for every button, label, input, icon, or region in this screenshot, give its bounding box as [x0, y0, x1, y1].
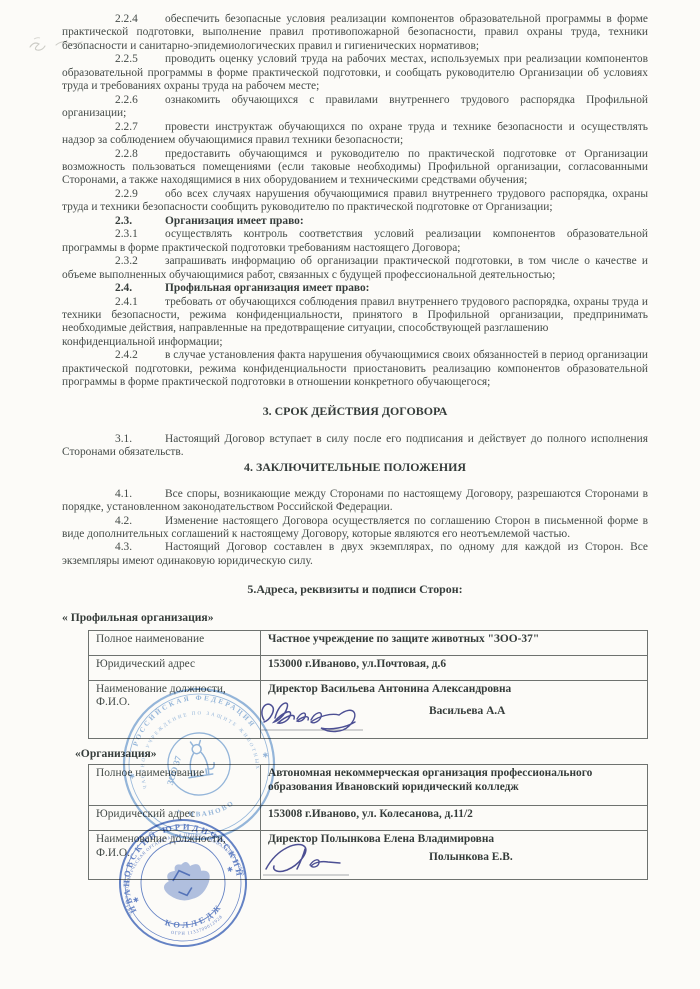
clause-2-3-heading: 2.3.Организация имеет право: — [62, 215, 648, 228]
signer-name: Полынкова Е.В. — [429, 851, 513, 864]
clause-number: 2.4.1 — [115, 296, 165, 309]
clause-2-4-1-continuation: конфиденциальной информации; — [62, 336, 648, 349]
table-row: Полное наименование Частное учреждение п… — [89, 630, 648, 655]
clause-text: Профильная организация имеет право: — [165, 282, 369, 294]
clause-3-1: 3.1.Настоящий Договор вступает в силу по… — [62, 433, 648, 460]
table-row: Юридический адрес 153000 г.Иваново, ул.П… — [89, 655, 648, 680]
clause-number: 3.1. — [115, 433, 165, 446]
clause-number: 2.4. — [115, 282, 165, 295]
clause-2-4-heading: 2.4.Профильная организация имеет право: — [62, 282, 648, 295]
clause-number: 4.2. — [115, 515, 165, 528]
party1-label: « Профильная организация» — [62, 611, 648, 624]
clause-number: 2.2.6 — [115, 94, 165, 107]
clause-number: 2.2.8 — [115, 148, 165, 161]
stamp2-star-left: ✱ — [132, 896, 140, 905]
clause-number: 2.2.4 — [115, 13, 165, 26]
clause-2-2-6: 2.2.6ознакомить обучающихся с правилами … — [62, 94, 648, 121]
clause-2-2-4: 2.2.4обеспечить безопасные условия реали… — [62, 13, 648, 53]
crest-emblem-icon — [158, 856, 215, 906]
clause-2-3-1: 2.3.1осуществлять контроль соответствия … — [62, 228, 648, 255]
signature-cell: Директор Васильева Антонина Александровн… — [261, 680, 648, 738]
clause-number: 2.3.2 — [115, 255, 165, 268]
clause-number: 2.2.5 — [115, 53, 165, 66]
stamp1-star-left: ✱ — [129, 772, 136, 781]
clause-number: 2.3.1 — [115, 228, 165, 241]
clause-number: 2.2.7 — [115, 121, 165, 134]
clause-text: конфиденциальной информации; — [62, 336, 223, 348]
row-value: Частное учреждение по защите животных "З… — [261, 630, 648, 655]
clause-4-3: 4.3.Настоящий Договор составлен в двух э… — [62, 541, 648, 568]
clause-2-2-9: 2.2.9обо всех случаях нарушения обучающи… — [62, 188, 648, 215]
clause-2-3-2: 2.3.2запрашивать информацию об организац… — [62, 255, 648, 282]
signer-name: Васильева А.А — [429, 705, 505, 718]
section-4-heading: 4. ЗАКЛЮЧИТЕЛЬНЫЕ ПОЛОЖЕНИЯ — [62, 460, 648, 474]
clause-number: 4.3. — [115, 541, 165, 554]
polynkova-signature — [261, 838, 383, 878]
college-round-stamp: АВТОНОМНАЯ НЕКОММЕРЧЕСКАЯ ОРГАНИЗАЦИЯ ПР… — [116, 816, 250, 950]
section-3-heading: 3. СРОК ДЕЙСТВИЯ ДОГОВОРА — [62, 404, 648, 418]
row-value: 153000 г.Иваново, ул.Почтовая, д.6 — [261, 655, 648, 680]
clause-2-4-1: 2.4.1требовать от обучающихся соблюдения… — [62, 296, 648, 336]
clause-text: Организация имеет право: — [165, 215, 304, 227]
section-5-heading: 5.Адреса, реквизиты и подписи Сторон: — [62, 582, 648, 596]
signature-cell: Директор Полынкова Елена Владимировна По… — [261, 831, 648, 880]
clause-2-2-5: 2.2.5проводить оценку условий труда на р… — [62, 53, 648, 93]
row-label: Юридический адрес — [89, 655, 261, 680]
clause-4-2: 4.2.Изменение настоящего Договора осущес… — [62, 515, 648, 542]
dog-icon — [184, 739, 216, 778]
row-value: Автономная некоммерческая организация пр… — [261, 765, 648, 806]
row-label: Полное наименование — [89, 630, 261, 655]
clause-number: 2.3. — [115, 215, 165, 228]
clause-number: 2.2.9 — [115, 188, 165, 201]
row-value: 153008 г.Иваново, ул. Колесанова, д.11/2 — [261, 806, 648, 831]
clause-number: 2.4.2 — [115, 349, 165, 362]
clause-4-1: 4.1.Все споры, возникающие между Сторона… — [62, 488, 648, 515]
scanned-contract-page: 2.2.4обеспечить безопасные условия реали… — [0, 0, 700, 989]
clause-2-4-2: 2.4.2в случае установления факта нарушен… — [62, 349, 648, 389]
clause-2-2-8: 2.2.8предоставить обучающимся и руководи… — [62, 148, 648, 188]
stamp1-code-text: ЗОО 37 — [165, 754, 183, 786]
clause-number: 4.1. — [115, 488, 165, 501]
clause-2-2-7: 2.2.7провести инструктаж обучающихся по … — [62, 121, 648, 148]
